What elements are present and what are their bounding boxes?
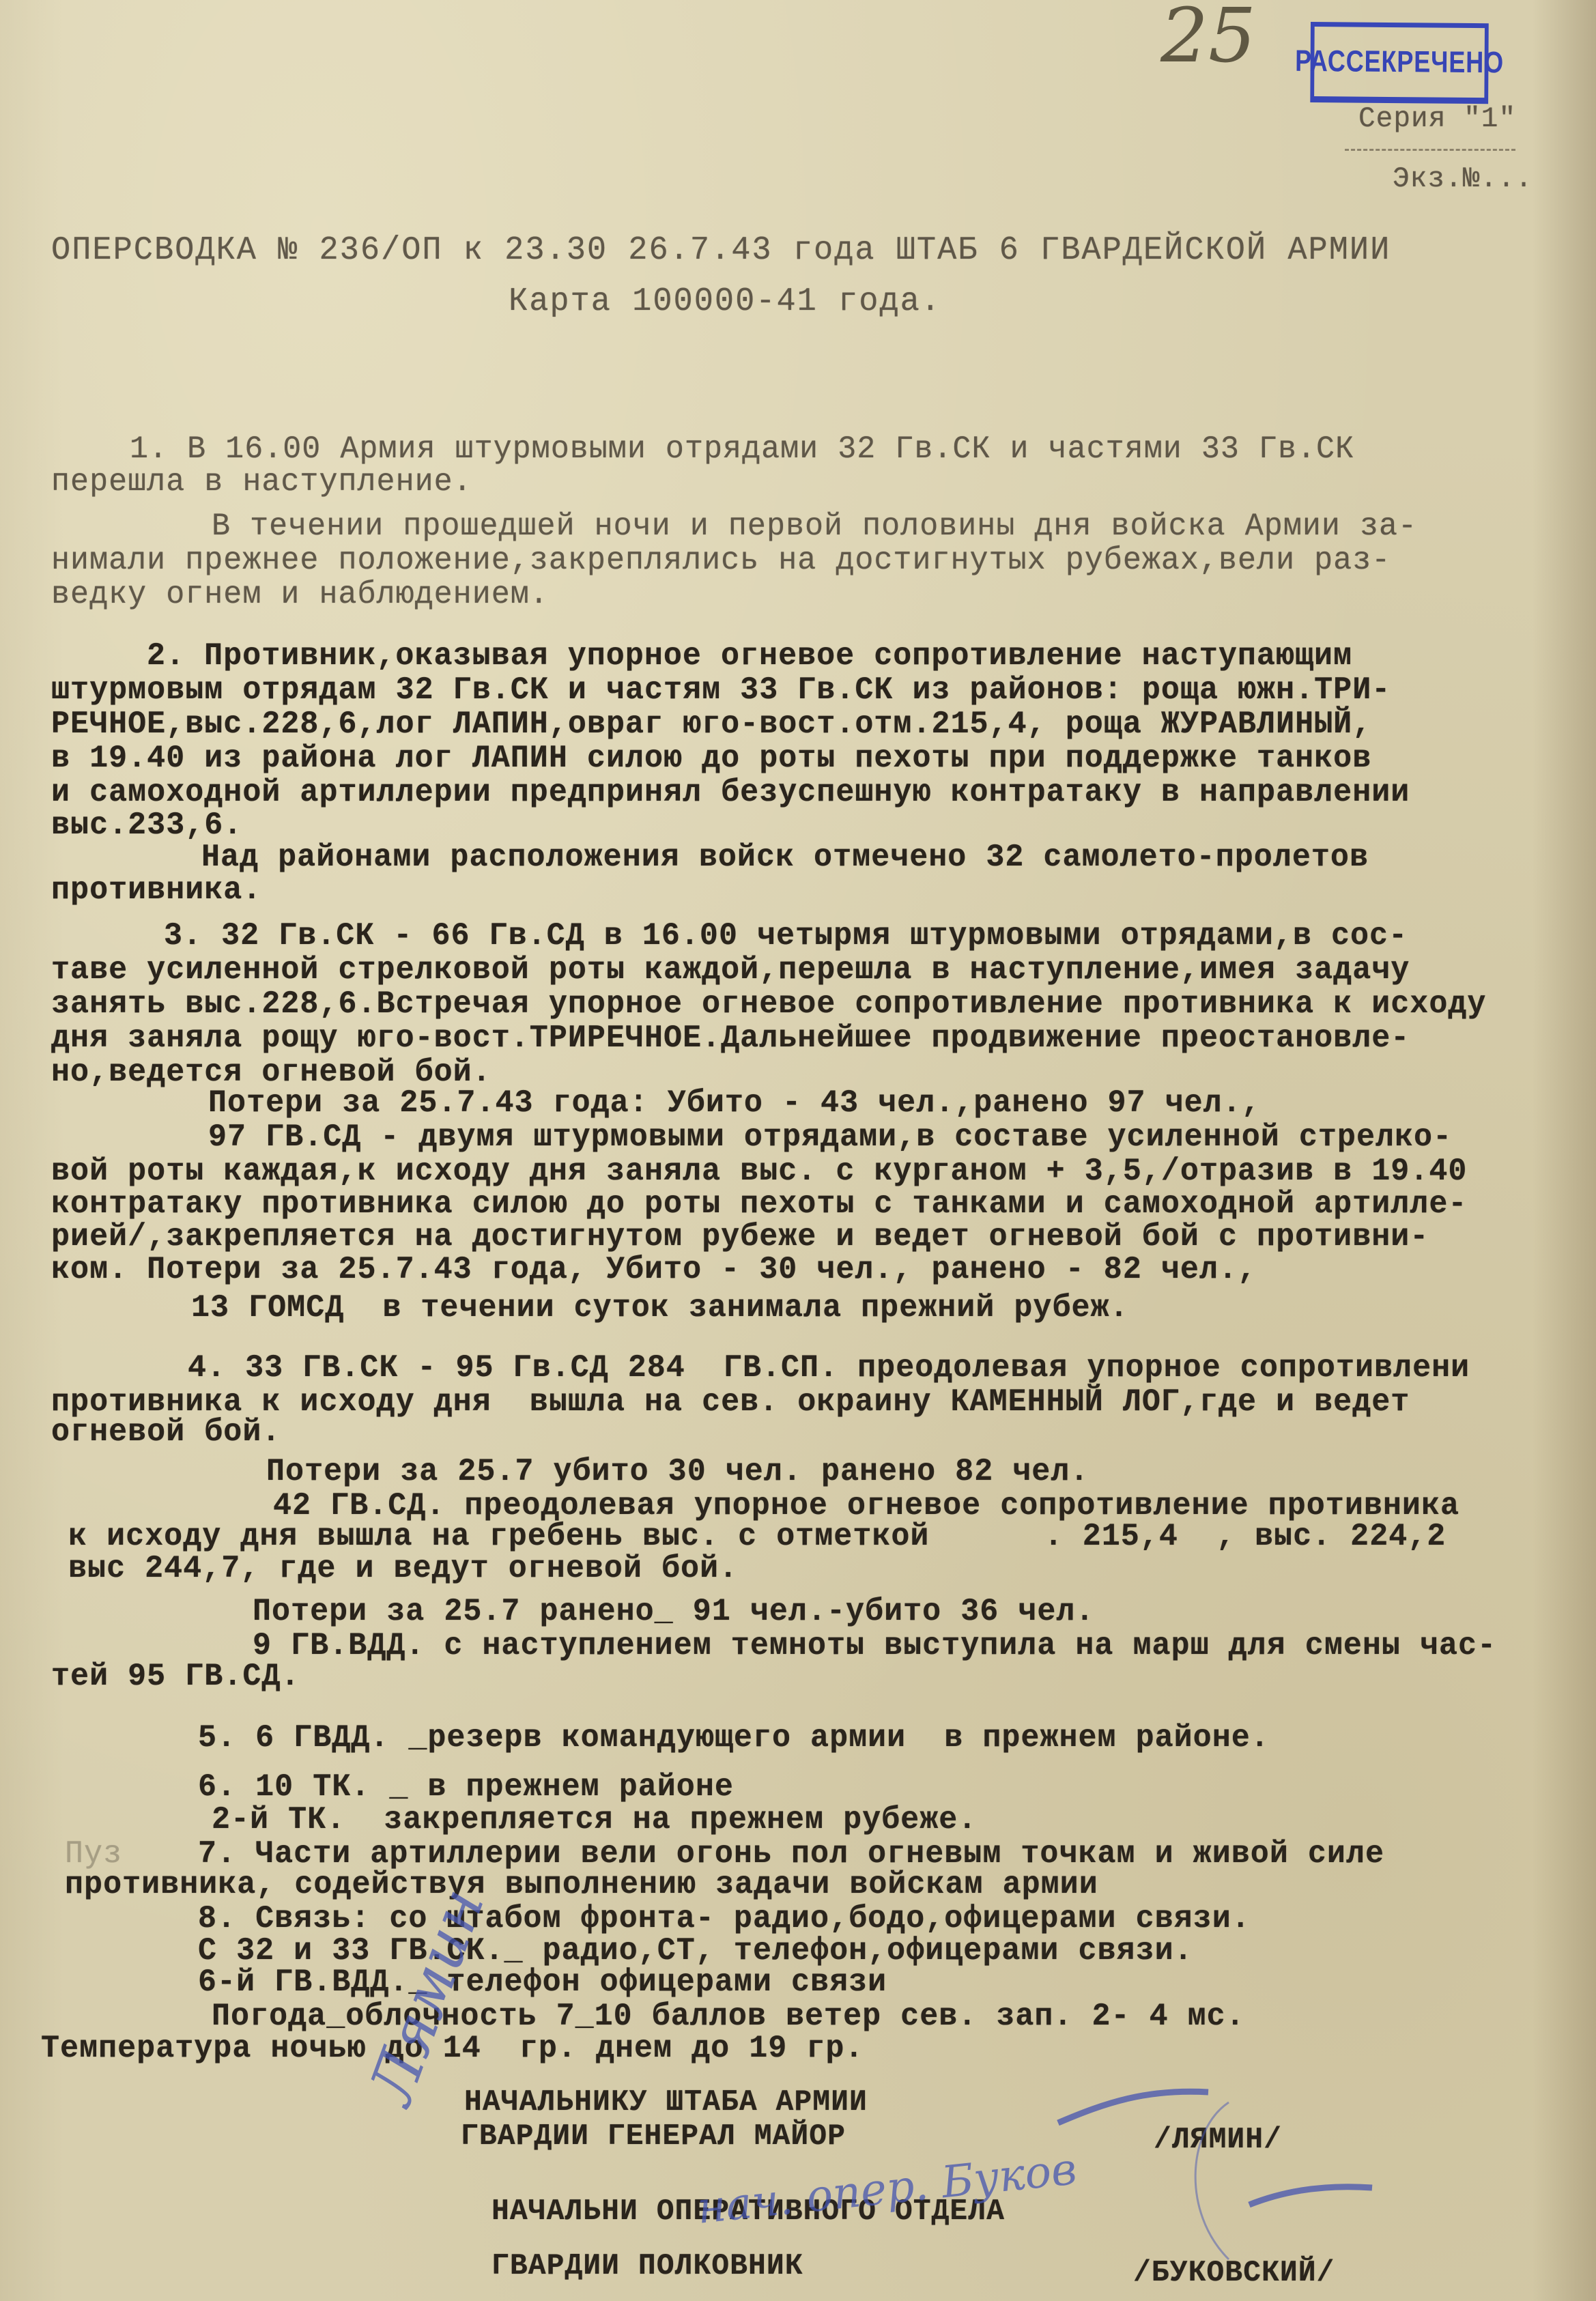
- chief-of-staff-title-1: НАЧАЛЬНИКУ ШТАБА АРМИИ: [464, 2085, 868, 2119]
- copy-number-label: Экз.№...: [1393, 162, 1533, 195]
- stamp-label: РАССЕКРЕЧЕНО: [1295, 44, 1504, 81]
- line-04: нимали прежнее положение,закреплялись на…: [51, 543, 1391, 578]
- line-02: перешла в наступление.: [51, 464, 472, 500]
- ops-chief-title-2: ГВАРДИИ ПОЛКОВНИК: [491, 2249, 803, 2283]
- line-35: тей 95 ГВ.СД.: [51, 1659, 300, 1694]
- line-26: 4. 33 ГВ.СК - 95 Гв.СД 284 ГВ.СП. преодо…: [188, 1350, 1470, 1386]
- line-37: 6. 10 ТК. _ в прежнем районе: [198, 1769, 734, 1805]
- line-11: выс.233,6.: [51, 808, 242, 843]
- declassified-stamp: РАССЕКРЕЧЕНО: [1310, 22, 1488, 104]
- line-21: вой роты каждая,к исходу дня заняла выс.…: [51, 1154, 1467, 1189]
- document-page: 25 РАССЕКРЕЧЕНО Серия "1" Экз.№... ОПЕРС…: [0, 0, 1596, 2301]
- line-29: Потери за 25.7 убито 30 чел. ранено 82 ч…: [266, 1454, 1089, 1489]
- line-38: 2-й ТК. закрепляется на прежнем рубеже.: [212, 1802, 977, 1838]
- map-reference: Карта 100000-41 года.: [509, 283, 941, 320]
- line-19: Потери за 25.7.43 года: Убито - 43 чел.,…: [208, 1085, 1261, 1121]
- line-24: ком. Потери за 25.7.43 года, Убито - 30 …: [51, 1252, 1257, 1287]
- line-25: 13 ГОМСД в течении суток занимала прежни…: [191, 1290, 1129, 1326]
- handwritten-page-number: 25: [1160, 0, 1256, 79]
- line-06: 2. Противник,оказывая упорное огневое со…: [147, 638, 1352, 674]
- line-44: Погода_облочность 7_10 баллов ветер сев.…: [212, 1999, 1245, 2034]
- series-label: Серия "1": [1358, 102, 1516, 135]
- line-16: занять выс.228,6.Встречая упорное огнево…: [51, 986, 1486, 1022]
- document-title: ОПЕРСВОДКА № 236/ОП к 23.30 26.7.43 года…: [51, 232, 1391, 269]
- line-15: таве усиленной стрелковой роты каждой,пе…: [51, 952, 1410, 988]
- line-13: противника.: [51, 872, 261, 908]
- line-33: Потери за 25.7 ранено_ 91 чел.-убито 36 …: [253, 1594, 1094, 1629]
- line-01: 1. В 16.00 Армия штурмовыми отрядами 32 …: [130, 431, 1354, 467]
- line-14: 3. 32 Гв.СК - 66 Гв.СД в 16.00 четырмя ш…: [164, 918, 1408, 954]
- line-32: выс 244,7, где и ведут огневой бой.: [68, 1551, 738, 1586]
- line-17: дня заняла рощу юго-вост.ТРИРЕЧНОЕ.Дальн…: [51, 1020, 1410, 1056]
- line-40: противника, содействуя выполнению задачи…: [65, 1867, 1098, 1902]
- line-22: контратаку противника силою до роты пехо…: [51, 1186, 1467, 1222]
- line-43: 6-й ГВ.ВДД._ телефон офицерами связи: [198, 1964, 887, 2000]
- line-20: 97 ГВ.СД - двумя штурмовыми отрядами,в с…: [208, 1119, 1452, 1155]
- line-07: штурмовым отрядам 32 Гв.СК и частям 33 Г…: [51, 672, 1391, 708]
- line-36: 5. 6 ГВДД. _резерв командующего армии в …: [198, 1720, 1270, 1756]
- line-45: Температура ночью до 14 гр. днем до 19 г…: [41, 2031, 864, 2066]
- line-34: 9 ГВ.ВДД. с наступлением темноты выступи…: [253, 1628, 1496, 1663]
- line-03: В течении прошедшей ночи и первой полови…: [212, 509, 1417, 544]
- chief-of-staff-title-2: ГВАРДИИ ГЕНЕРАЛ МАЙОР: [461, 2119, 846, 2154]
- line-08: РЕЧНОЕ,выс.228,6,лог ЛАПИН,овраг юго-вос…: [51, 706, 1371, 742]
- line-05: ведку огнем и наблюдением.: [51, 577, 549, 612]
- line-41: 8. Связь: со штабом фронта- радио,бодо,о…: [198, 1901, 1251, 1936]
- line-09: в 19.40 из района лог ЛАПИН силою до рот…: [51, 741, 1371, 776]
- line-10: и самоходной артиллерии предпринял безус…: [51, 775, 1410, 810]
- line-42: С 32 и 33 ГВ.СК._ радио,СТ, телефон,офиц…: [198, 1933, 1193, 1969]
- line-31: к исходу дня вышла на гребень выс. с отм…: [68, 1519, 1446, 1554]
- line-28: огневой бой.: [51, 1414, 281, 1450]
- divider: [1345, 149, 1515, 151]
- signature-strokes: [1051, 2075, 1393, 2280]
- line-23: рией/,закрепляется на достигнутом рубеже…: [51, 1219, 1429, 1255]
- line-12: Над районами расположения войск отмечено…: [201, 840, 1369, 875]
